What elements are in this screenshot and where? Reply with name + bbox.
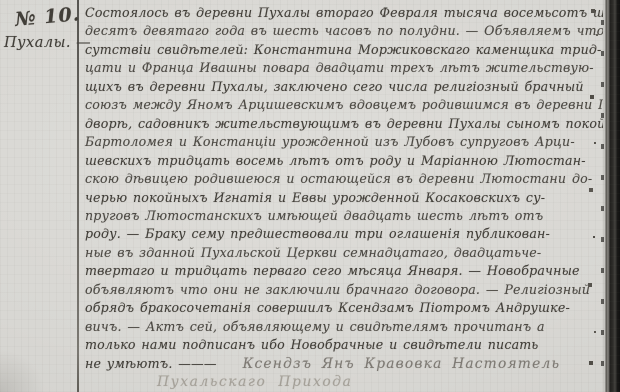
margin-column: № 10. Пухалы. —	[0, 0, 78, 392]
record-line: Бартоломея и Констанціи урожденной изъ Л…	[85, 133, 597, 151]
parish-signature-line: Пухальскаго Прихода	[85, 373, 597, 391]
record-line: сутствіи свидѣтелей: Константина Моржико…	[85, 41, 597, 59]
closing-row: не умѣютъ. ——— Ксендзъ Янъ Кравовка Наст…	[85, 355, 597, 373]
record-line: шевскихъ тридцать восемь лѣтъ отъ роду и…	[85, 152, 597, 170]
record-body: Состоялось въ деревни Пухалы втораго Фев…	[85, 4, 597, 392]
record-line: щихъ въ деревни Пухалы, заключено сего ч…	[85, 78, 597, 96]
record-line: Состоялось въ деревни Пухалы втораго Фев…	[85, 4, 597, 22]
closing-text: не умѣютъ. ———	[85, 355, 217, 373]
record-line: черью покойныхъ Игнатія и Еввы урожденно…	[85, 189, 597, 207]
record-line: ные въ зданной Пухальской Церкви семнадц…	[85, 244, 597, 262]
record-line: союзъ между Яномъ Арцишевскимъ вдовцемъ …	[85, 96, 597, 114]
register-page: № 10. Пухалы. — Состоялось въ деревни Пу…	[0, 0, 620, 392]
entry-number: № 10.	[14, 3, 81, 31]
officiant-signature: Ксендзъ Янъ Кравовка Настоятель	[243, 355, 561, 373]
record-line: только нами подписанъ ибо Новобрачные и …	[85, 336, 597, 354]
record-line: скою дѣвицею родившеюся и остающейся въ …	[85, 170, 597, 188]
record-line: цати и Франца Ивашны повара двадцати тре…	[85, 59, 597, 77]
record-line: твертаго и тридцать перваго сего мѣсяца …	[85, 262, 597, 280]
book-binding-edge	[603, 0, 620, 392]
record-line: роду. — Браку сему предшествовали три ог…	[85, 225, 597, 243]
record-line: десятъ девятаго года въ шесть часовъ по …	[85, 22, 597, 40]
record-line: пруговъ Лютостанскихъ имѣющей двадцать ш…	[85, 207, 597, 225]
record-line: вичъ. — Актъ сей, объявляющему и свидѣте…	[85, 318, 597, 336]
record-line: дворѣ, садовникъ жительствующимъ въ дере…	[85, 115, 597, 133]
margin-divider-rule	[77, 0, 79, 392]
record-line: объявляютъ что они не заключили брачнаго…	[85, 281, 597, 299]
record-line: обрядъ бракосочетанія совершилъ Ксендзам…	[85, 299, 597, 317]
paper-specks	[0, 0, 2, 2]
